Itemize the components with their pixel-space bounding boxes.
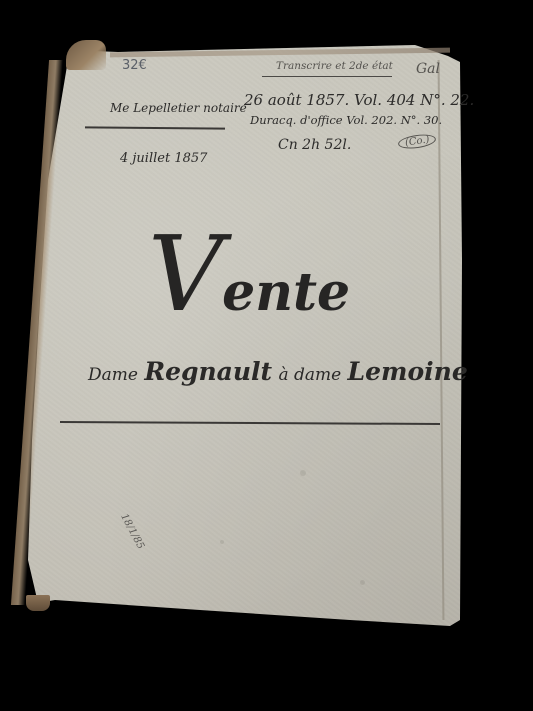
registration-line-1: 26 août 1857. Vol. 404 N°. 22. [244, 91, 474, 109]
paper-bottom-left-corner [26, 595, 50, 611]
paper-stain [300, 470, 306, 476]
notary-name: Me Lepelletier notaire [110, 101, 247, 115]
corner-mark: Gal [416, 61, 440, 77]
parties-seller: Regnault [144, 357, 272, 386]
parties-line: Dame Regnault à dame Lemoine [88, 357, 468, 386]
document-title: Vente [148, 222, 350, 326]
reference-number: 32€ [122, 58, 147, 73]
parties-buyer: Lemoine [348, 357, 468, 386]
title-initial: V [148, 213, 222, 335]
paper-stain [220, 540, 224, 544]
registry-heading: Transcrire et 2de état [276, 60, 393, 72]
title-rest: ente [222, 262, 350, 323]
registry-underline [262, 76, 392, 77]
paper-top-left-curl [66, 40, 106, 70]
parties-word-dame: Dame [88, 365, 138, 385]
registration-line-2: Duracq. d'office Vol. 202. N°. 30. [250, 113, 442, 127]
parties-connector: à dame [278, 365, 341, 385]
registration-line-3: Cn 2h 52l. [278, 137, 351, 153]
photo-stage: 32€ Me Lepelletier notaire 4 juillet 185… [0, 0, 533, 711]
paper-stain [360, 580, 365, 585]
deed-date: 4 juillet 1857 [120, 151, 207, 166]
